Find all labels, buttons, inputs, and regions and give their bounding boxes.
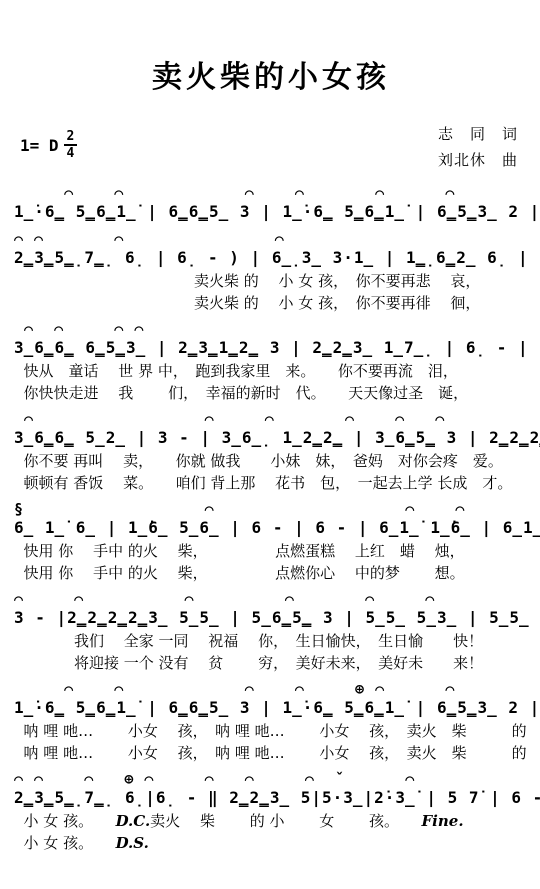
notation-row: 3̲6̳6̳ 6̳5̳3̲ | 2̳3̳1̳2̳ 3 | 2̳2̳3̲ 1̲7̲…: [14, 336, 528, 360]
notation-row: 1̲̇·6̳ 5̳6̳1̲̇ | 6̳6̳5̲ 3 | 1̲̇·6̳ 5̳6̳1…: [14, 200, 528, 224]
slur-arcs-row: ⌒ ⌒ ⌒ ⌒ ⌒ ⌒: [14, 413, 528, 426]
lyric-text: 卖火柴 的 小 女 孩， 你不要再悲 哀，: [14, 272, 480, 290]
notation-row: 2̳3̳5̳̣7̳̣ 6̣ | 6̣ - ) | 6̲̣3̲ 3·1̲ | 1̳…: [14, 246, 528, 270]
lyricist-credit: 志 同 词: [438, 122, 518, 148]
sheet-music-page: 卖火柴的小女孩 1= D 2 4 志 同 词 刘北休 曲 ⌒ ⌒ ⌒ ⌒ ⌒ ⌒…: [0, 0, 540, 889]
notation-row: 1̲̇·6̳ 5̳6̳1̲̇ | 6̳6̳5̲ 3 | 1̲̇·6̳ 5̳6̳1…: [14, 696, 528, 720]
composer-credit: 刘北休 曲: [438, 148, 518, 174]
lyrics-row: 卖火柴 的 小 女 孩， 你不要再悲 哀，: [14, 270, 528, 292]
music-system: ⌒ ⌒ ⌒ ⌒2̳3̳5̳̣7̳̣ 6̣ | 6̣ - ) | 6̲̣3̲ 3·…: [14, 233, 528, 314]
lyrics-row: 快用 你 手中 的火 柴， 点燃你心 中的梦 想。: [14, 562, 528, 584]
lyrics-row: 小 女 孩。 D.C.卖火 柴 的 小 女 孩。 Fine.: [14, 810, 528, 832]
slur-arcs-row: ⌒ ⌒ ⌒ ⊕ ⌒ ⌒ ⌒ ⌒ ˇ ⌒: [14, 773, 528, 786]
navigation-mark: D.C.: [116, 812, 151, 830]
notation-row: 3̲6̳6̳ 5̲2̲ | 3 - | 3̲6̲̣ 1̲2̳2̳ | 3̲6̳5…: [14, 426, 528, 450]
page-title: 卖火柴的小女孩: [14, 52, 528, 96]
lyrics-row: 你不要 再叫 卖， 你就 做我 小妹 妹， 爸妈 对你会疼 爱。: [14, 450, 528, 472]
slur-arcs-row: § ⌒ ⌒ ⌒: [14, 503, 528, 516]
music-system: ⌒ ⌒ ⌒ ⌒ ⌒ ⌒3̲6̳6̳ 5̲2̲ | 3 - | 3̲6̲̣ 1̲2…: [14, 413, 528, 494]
lyric-text: 我们 全家 一同 祝福 你， 生日愉快， 生日愉 快！: [14, 632, 483, 650]
lyrics-row: 快用 你 手中 的火 柴， 点燃蛋糕 上红 蜡 烛，: [14, 540, 528, 562]
score: ⌒ ⌒ ⌒ ⌒ ⌒ ⌒1̲̇·6̳ 5̳6̳1̲̇ | 6̳6̳5̲ 3 | 1…: [14, 187, 528, 854]
music-system: ⌒ ⌒ ⌒ ⊕ ⌒ ⌒ ⌒ ⌒ ˇ ⌒2̳3̳5̳̣7̳̣ 6̣|6̣ - ‖ …: [14, 773, 528, 854]
lyric-text: 你快快走进 我 们， 幸福的新时 代。 天天像过圣 诞，: [14, 384, 468, 402]
tonality-label: 1= D: [20, 136, 59, 155]
notation-row: 3 - |2̳2̳2̳2̳3̲ 5̲5̲ | 5̲6̳5̳ 3 | 5̲5̲ 5…: [14, 606, 528, 630]
key-signature: 1= D 2 4: [20, 130, 77, 160]
lyrics-row: 快从 童话 世 界 中， 跑到我家里 来。 你不要再流 泪，: [14, 360, 528, 382]
time-signature: 2 4: [64, 130, 78, 160]
lyrics-row: 呐 哩 吔… 小女 孩， 呐 哩 吔… 小女 孩， 卖火 柴 的: [14, 720, 528, 742]
lyric-text: 快用 你 手中 的火 柴， 点燃蛋糕 上红 蜡 烛，: [14, 542, 465, 560]
lyric-text: 你不要 再叫 卖， 你就 做我 小妹 妹， 爸妈 对你会疼 爱。: [14, 452, 503, 470]
lyric-text: 卖火 柴 的 小 女 孩。: [150, 812, 421, 830]
time-signature-denominator: 4: [67, 146, 75, 160]
slur-arcs-row: ⌒ ⌒ ⌒ ⌒ ⌒ ⌒: [14, 187, 528, 200]
notation-row: 6̲ 1̲̇ 6̲ | 1̲̇6̲ 5̲6̲ | 6 - | 6 - | 6̲1…: [14, 516, 528, 540]
music-system: § ⌒ ⌒ ⌒6̲ 1̲̇ 6̲ | 1̲̇6̲ 5̲6̲ | 6 - | 6 …: [14, 503, 528, 584]
music-system: ⌒ ⌒ ⌒ ⌒ ⊕ ⌒ ⌒1̲̇·6̳ 5̳6̳1̲̇ | 6̳6̳5̲ 3 |…: [14, 683, 528, 764]
notation-row: 2̳3̳5̳̣7̳̣ 6̣|6̣ - ‖ 2̳2̳3̲ 5|5·3̲|2̇·3̲…: [14, 786, 528, 810]
time-signature-numerator: 2: [64, 130, 78, 146]
music-system: ⌒ ⌒ ⌒ ⌒ ⌒ ⌒3 - |2̳2̳2̳2̳3̲ 5̲5̲ | 5̲6̳5̳…: [14, 593, 528, 674]
meta-row: 1= D 2 4 志 同 词 刘北休 曲: [14, 122, 528, 173]
lyrics-row: 卖火柴 的 小 女 孩， 你不要再徘 徊，: [14, 292, 528, 314]
lyric-text: 顿顿有 香饭 菜。 咱们 背上那 花书 包， 一起去上学 长成 才。: [14, 474, 512, 492]
lyric-text: 将迎接 一个 没有 贫 穷， 美好未来， 美好未 来！: [14, 654, 483, 672]
credits: 志 同 词 刘北休 曲: [438, 122, 518, 173]
slur-arcs-row: ⌒ ⌒ ⌒ ⌒ ⌒ ⌒: [14, 593, 528, 606]
lyrics-row: 呐 哩 吔… 小女 孩， 呐 哩 吔… 小女 孩， 卖火 柴 的: [14, 742, 528, 764]
lyrics-row: 我们 全家 一同 祝福 你， 生日愉快， 生日愉 快！: [14, 630, 528, 652]
lyrics-row: 你快快走进 我 们， 幸福的新时 代。 天天像过圣 诞，: [14, 382, 528, 404]
music-system: ⌒ ⌒ ⌒ ⌒3̲6̳6̳ 6̳5̳3̲ | 2̳3̳1̳2̳ 3 | 2̳2̳…: [14, 323, 528, 404]
lyric-text: 呐 哩 吔… 小女 孩， 呐 哩 吔… 小女 孩， 卖火 柴 的: [14, 744, 527, 762]
lyrics-row: 将迎接 一个 没有 贫 穷， 美好未来， 美好未 来！: [14, 652, 528, 674]
slur-arcs-row: ⌒ ⌒ ⌒ ⌒ ⊕ ⌒ ⌒: [14, 683, 528, 696]
navigation-mark: Fine.: [422, 812, 464, 830]
music-system: ⌒ ⌒ ⌒ ⌒ ⌒ ⌒1̲̇·6̳ 5̳6̳1̲̇ | 6̳6̳5̲ 3 | 1…: [14, 187, 528, 224]
lyric-text: 小 女 孩。: [14, 834, 116, 852]
lyric-text: 快从 童话 世 界 中， 跑到我家里 来。 你不要再流 泪，: [14, 362, 458, 380]
slur-arcs-row: ⌒ ⌒ ⌒ ⌒: [14, 323, 528, 336]
lyrics-row: 小 女 孩。 D.S.: [14, 832, 528, 854]
lyric-text: 小 女 孩。: [14, 812, 116, 830]
lyric-text: 卖火柴 的 小 女 孩， 你不要再徘 徊，: [14, 294, 480, 312]
navigation-mark: D.S.: [116, 834, 149, 852]
lyric-text: 快用 你 手中 的火 柴， 点燃你心 中的梦 想。: [14, 564, 465, 582]
slur-arcs-row: ⌒ ⌒ ⌒ ⌒: [14, 233, 528, 246]
lyric-text: 呐 哩 吔… 小女 孩， 呐 哩 吔… 小女 孩， 卖火 柴 的: [14, 722, 527, 740]
lyrics-row: 顿顿有 香饭 菜。 咱们 背上那 花书 包， 一起去上学 长成 才。: [14, 472, 528, 494]
